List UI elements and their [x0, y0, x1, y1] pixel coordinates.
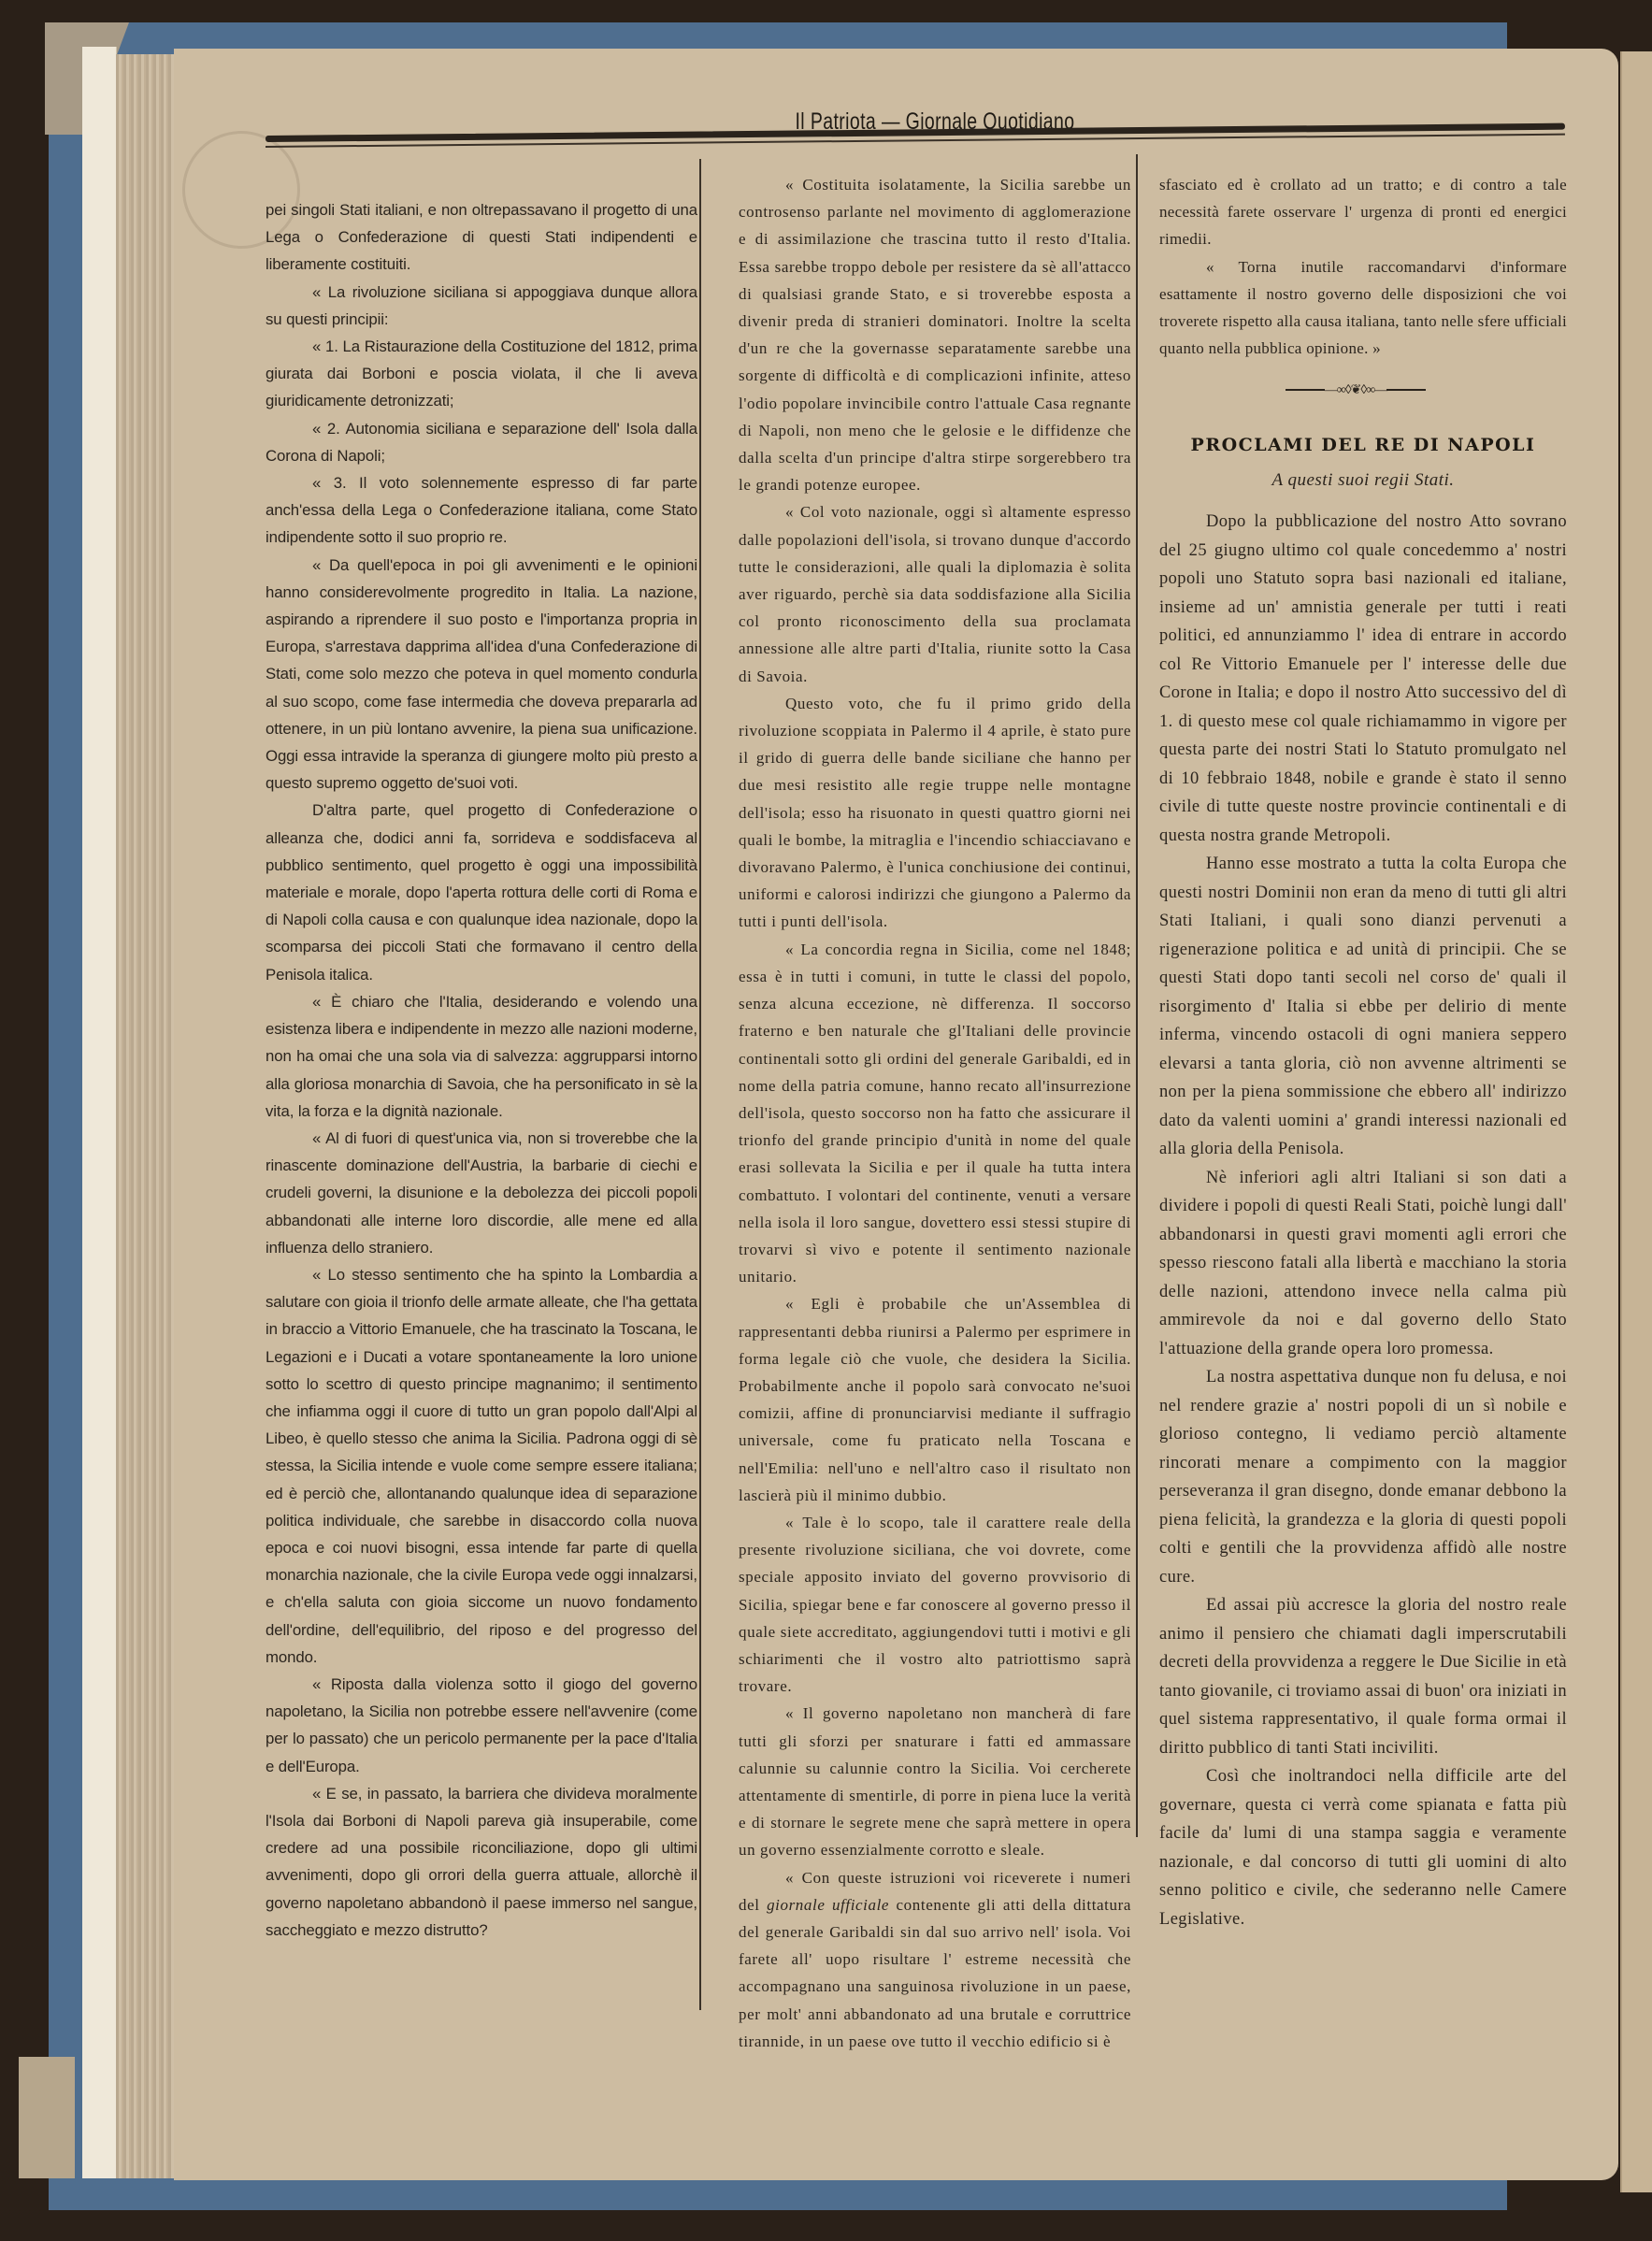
paragraph: « Tale è lo scopo, tale il carattere rea… — [739, 1509, 1131, 1700]
column-3-top: sfasciato ed è crollato ad un tratto; e … — [1159, 171, 1567, 362]
paragraph: « È chiaro che l'Italia, desiderando e v… — [266, 988, 697, 1125]
paragraph: Ed assai più accresce la gloria del nost… — [1159, 1591, 1567, 1762]
paragraph: « Col voto nazionale, oggi sì altamente … — [739, 498, 1131, 689]
paragraph: Questo voto, che fu il primo grido della… — [739, 690, 1131, 936]
column-divider-1 — [699, 159, 701, 2010]
paragraph: sfasciato ed è crollato ad un tratto; e … — [1159, 171, 1567, 253]
paragraph: « 2. Autonomia siciliana e separazione d… — [266, 415, 697, 469]
column-1: pei singoli Stati italiani, e non oltrep… — [266, 196, 697, 1944]
column-divider-2 — [1136, 154, 1138, 1837]
section-title: PROCLAMI DEL RE DI NAPOLI — [1159, 435, 1567, 455]
paragraph: Così che inoltrandoci nella difficile ar… — [1159, 1762, 1567, 1933]
paragraph: « Torna inutile raccomandarvi d'informar… — [1159, 253, 1567, 363]
page-gutter-lines — [116, 54, 174, 2178]
paragraph: « 1. La Ristaurazione della Costituzione… — [266, 333, 697, 415]
paragraph: « E se, in passato, la barriera che divi… — [266, 1780, 697, 1944]
ornament-glyph: —∞◊❦◊∞— — [1325, 382, 1387, 398]
facing-page-edge — [1620, 51, 1652, 2192]
paragraph: « Costituita isolatamente, la Sicilia sa… — [739, 171, 1131, 498]
paragraph: Nè inferiori agli altri Italiani si son … — [1159, 1164, 1567, 1364]
paragraph: « Egli è probabile che un'Assemblea di r… — [739, 1290, 1131, 1509]
paragraph: « La concordia regna in Sicilia, come ne… — [739, 936, 1131, 1291]
column-3-body: Dopo la pubblicazione del nostro Atto so… — [1159, 508, 1567, 1933]
cover-corner-bottom — [19, 2057, 75, 2178]
paragraph: « Da quell'epoca in poi gli avvenimenti … — [266, 552, 697, 797]
page-stack-edge — [82, 47, 117, 2178]
ornament-line-right — [1386, 389, 1426, 391]
paragraph: « Riposta dalla violenza sotto il giogo … — [266, 1671, 697, 1780]
paragraph: « Il governo napoletano non mancherà di … — [739, 1700, 1131, 1863]
paragraph-with-italic: « Con queste istruzioni voi riceverete i… — [739, 1864, 1131, 2055]
italic-title: giornale ufficiale — [767, 1896, 889, 1914]
ornament-line-left — [1286, 389, 1325, 391]
paragraph: Dopo la pubblicazione del nostro Atto so… — [1159, 508, 1567, 850]
paragraph: « Lo stesso sentimento che ha spinto la … — [266, 1261, 697, 1671]
paragraph: « 3. Il voto solennemente espresso di fa… — [266, 469, 697, 552]
paragraph: « La rivoluzione siciliana si appoggiava… — [266, 279, 697, 333]
paragraph: Hanno esse mostrato a tutta la colta Eur… — [1159, 850, 1567, 1164]
paragraph: D'altra parte, quel progetto di Confeder… — [266, 797, 697, 987]
paragraph: « Al di fuori di quest'unica via, non si… — [266, 1125, 697, 1261]
paragraph: pei singoli Stati italiani, e non oltrep… — [266, 196, 697, 279]
paragraph-rest: contenente gli atti della dittatura del … — [739, 1896, 1131, 2050]
column-2: « Costituita isolatamente, la Sicilia sa… — [739, 171, 1131, 2055]
ornament-divider: —∞◊❦◊∞— — [1286, 383, 1426, 396]
paragraph: La nostra aspettativa dunque non fu delu… — [1159, 1363, 1567, 1591]
section-subtitle: A questi suoi regii Stati. — [1159, 470, 1567, 491]
